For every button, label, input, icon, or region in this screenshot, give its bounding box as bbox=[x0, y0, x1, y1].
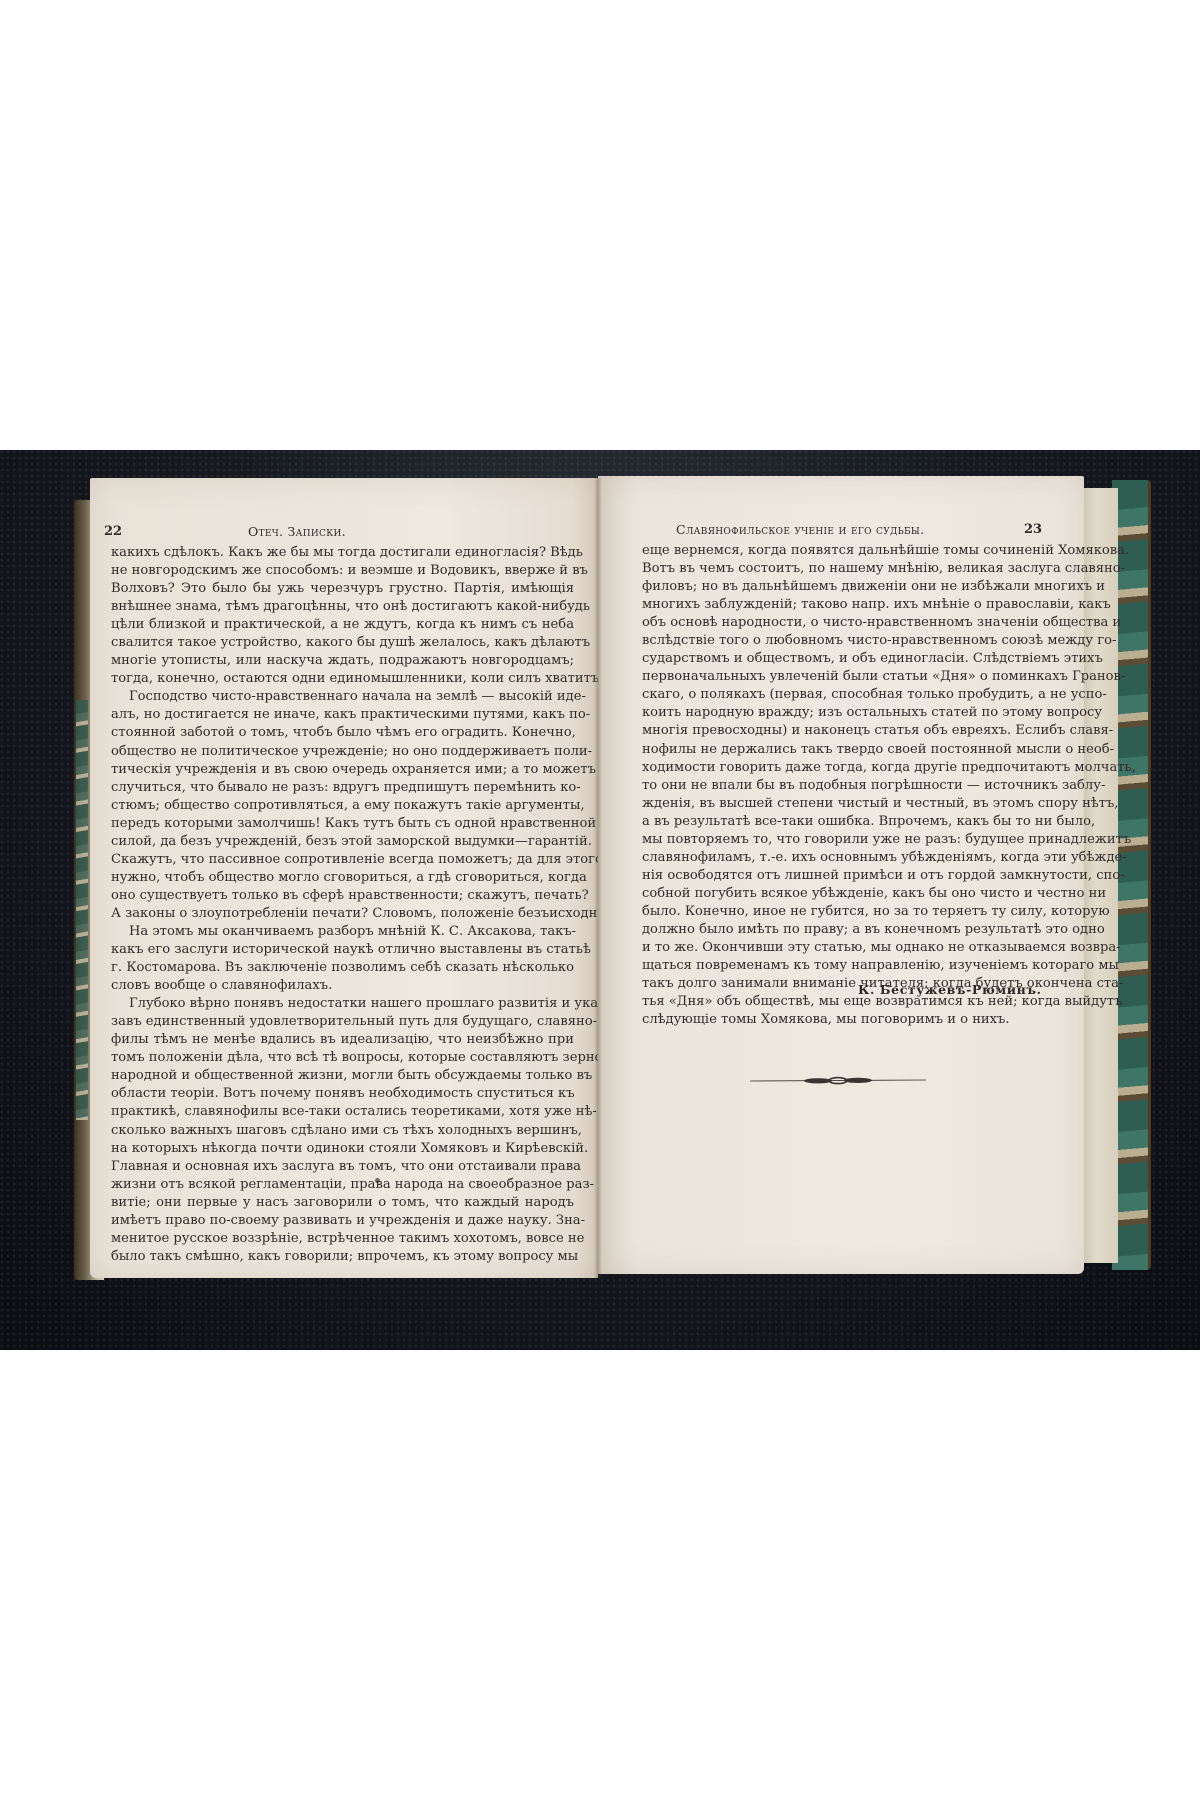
text-line: на которыхъ нѣкогда почти одиноки стояли… bbox=[111, 1140, 574, 1158]
text-line: нужно, чтобъ общество могло сговориться,… bbox=[111, 869, 574, 887]
text-line: стюмъ; общество сопротивляться, а ему по… bbox=[111, 797, 574, 815]
text-line: А законы о злоупотребленіи печати? Слово… bbox=[111, 905, 574, 923]
text-line: собной погубить всякое убѣжденіе, какъ б… bbox=[642, 885, 1047, 903]
text-line: многихъ заблужденій; таково напр. ихъ мн… bbox=[642, 596, 1047, 614]
text-line: менитое русское воззрѣніе, встрѣченное т… bbox=[111, 1230, 574, 1248]
right-page-body: еще вернемся, когда появятся дальнѣйшіе … bbox=[642, 542, 1047, 1029]
text-line: должно было имѣть по праву; а въ конечно… bbox=[642, 921, 1047, 939]
text-line: какихъ сдѣлокъ. Какъ же бы мы тогда дост… bbox=[111, 544, 574, 562]
foxing-spot bbox=[510, 638, 518, 644]
author-signature: К. Бестужевъ-Рюминъ. bbox=[858, 982, 1042, 997]
text-line: силой, да безъ учрежденій, безъ этой зам… bbox=[111, 833, 574, 851]
text-line: коить народную вражду; изъ остальныхъ ст… bbox=[642, 704, 1047, 722]
text-line: На этомъ мы оканчиваемъ разборъ мнѣній К… bbox=[111, 923, 574, 941]
text-line: витіе; они первые у насъ заговорили о то… bbox=[111, 1194, 574, 1212]
text-line: было такъ смѣшно, какъ говорили; впрочем… bbox=[111, 1248, 574, 1266]
page-number-right: 23 bbox=[1024, 522, 1042, 537]
text-line: оно существуетъ только въ сферѣ нравстве… bbox=[111, 887, 574, 905]
text-line: практикѣ, славянофилы все-таки остались … bbox=[111, 1103, 574, 1121]
book-gutter bbox=[594, 478, 602, 1278]
text-line: цѣли близкой и практической, а не ждутъ,… bbox=[111, 616, 574, 634]
text-line: филовъ; но въ дальнѣйшемъ движеніи они н… bbox=[642, 578, 1047, 596]
text-line: томъ положеніи дѣла, что всѣ тѣ вопросы,… bbox=[111, 1049, 574, 1067]
marbled-endpaper bbox=[76, 700, 88, 1120]
text-line: передъ которыми замолчишь! Какъ тутъ быт… bbox=[111, 815, 574, 833]
running-head-right: Славянофильское ученіе и его судьбы. bbox=[676, 522, 924, 537]
text-line: славянофиламъ, т.-е. ихъ основнымъ убѣжд… bbox=[642, 849, 1047, 867]
text-line: нія освободятся отъ лишней примѣси и отъ… bbox=[642, 867, 1047, 885]
text-line: жденія, въ высшей степени чистый и честн… bbox=[642, 795, 1047, 813]
text-line: первоначальныхъ увлеченій были статьи «Д… bbox=[642, 668, 1047, 686]
text-line: ходимости говорить даже тогда, когда дру… bbox=[642, 759, 1047, 777]
ink-dot bbox=[375, 1178, 380, 1183]
text-line: народной и общественной жизни, могли быт… bbox=[111, 1067, 574, 1085]
text-line: и то же. Окончивши эту статью, мы однако… bbox=[642, 939, 1047, 957]
text-line: Скажутъ, что пассивное сопротивленіе все… bbox=[111, 851, 574, 869]
left-page: 22 Отеч. Записки. какихъ сдѣлокъ. Какъ ж… bbox=[90, 478, 598, 1278]
text-line: не новгородскимъ же способомъ: и веэмше … bbox=[111, 562, 574, 580]
text-line: Глубоко вѣрно понявъ недостатки нашего п… bbox=[111, 995, 574, 1013]
left-page-body: какихъ сдѣлокъ. Какъ же бы мы тогда дост… bbox=[111, 544, 574, 1266]
text-line: скаго, о полякахъ (первая, способная тол… bbox=[642, 686, 1047, 704]
text-line: многіе утописты, или наскуча ждать, подр… bbox=[111, 652, 574, 670]
text-line: стоянной заботой о томъ, чтобъ было чѣмъ… bbox=[111, 724, 574, 742]
text-line: Вотъ въ чемъ состоитъ, по нашему мнѣнію,… bbox=[642, 560, 1047, 578]
page-number-left: 22 bbox=[104, 524, 122, 539]
text-line: было. Конечно, иное не губится, но за то… bbox=[642, 903, 1047, 921]
decorative-rule-ornament bbox=[748, 1076, 928, 1086]
text-line: еще вернемся, когда появятся дальнѣйшіе … bbox=[642, 542, 1047, 560]
text-line: то они не впали бы въ подобныя погрѣшнос… bbox=[642, 777, 1047, 795]
text-line: объ основѣ народности, о чисто-нравствен… bbox=[642, 614, 1047, 632]
text-line: филы тѣмъ не менѣе вдались въ идеализаці… bbox=[111, 1031, 574, 1049]
text-line: алъ, но достигается не иначе, какъ практ… bbox=[111, 706, 574, 724]
text-line: тическія учрежденія и въ свою очередь ох… bbox=[111, 761, 574, 779]
right-page: Славянофильское ученіе и его судьбы. 23 … bbox=[598, 476, 1084, 1274]
text-line: слѣдующіе томы Хомякова, мы поговоримъ и… bbox=[642, 1011, 1047, 1029]
text-line: внѣшнее знама, тѣмъ драгоцѣнны, что онѣ … bbox=[111, 598, 574, 616]
text-line: жизни отъ всякой регламентаціи, права на… bbox=[111, 1176, 574, 1194]
text-line: многія превосходны) и наконецъ статья об… bbox=[642, 722, 1047, 740]
text-line: завъ единственный удовлетворительный пут… bbox=[111, 1013, 574, 1031]
text-line: г. Костомарова. Въ заключеніе позволимъ … bbox=[111, 959, 574, 977]
text-line: сколько важныхъ шаговъ сдѣлано ими съ тѣ… bbox=[111, 1122, 574, 1140]
text-line: щаться повременамъ къ тому направленію, … bbox=[642, 957, 1047, 975]
text-line: свалится такое устройство, какого бы душ… bbox=[111, 634, 574, 652]
text-line: имѣетъ право по-своему развивать и учреж… bbox=[111, 1212, 574, 1230]
text-line: Главная и основная ихъ заслуга въ томъ, … bbox=[111, 1158, 574, 1176]
open-book: 22 Отеч. Записки. какихъ сдѣлокъ. Какъ ж… bbox=[0, 0, 1200, 1800]
text-line: вслѣдствіе того о любовномъ чисто-нравст… bbox=[642, 632, 1047, 650]
text-line: Волховъ? Это было бы ужь черезчуръ груст… bbox=[111, 580, 574, 598]
text-line: мы повторяемъ то, что говорили уже не ра… bbox=[642, 831, 1047, 849]
text-line: нофилы не держались такъ твердо своей по… bbox=[642, 741, 1047, 759]
running-head-left: Отеч. Записки. bbox=[248, 524, 346, 539]
text-line: Господство чисто-нравственнаго начала на… bbox=[111, 688, 574, 706]
text-line: сударствомъ и обществомъ, и объ единогла… bbox=[642, 650, 1047, 668]
text-line: общество не политическое учрежденіе; но … bbox=[111, 743, 574, 761]
text-line: случиться, что бывало не разъ: вдругъ пр… bbox=[111, 779, 574, 797]
text-line: тогда, конечно, остаются одни единомышле… bbox=[111, 670, 574, 688]
text-line: а въ результатѣ все-таки ошибка. Впрочем… bbox=[642, 813, 1047, 831]
text-line: какъ его заслуги исторической наукѣ отли… bbox=[111, 941, 574, 959]
text-line: словъ вообще о славянофилахъ. bbox=[111, 977, 574, 995]
text-line: области теоріи. Вотъ почему понявъ необх… bbox=[111, 1085, 574, 1103]
